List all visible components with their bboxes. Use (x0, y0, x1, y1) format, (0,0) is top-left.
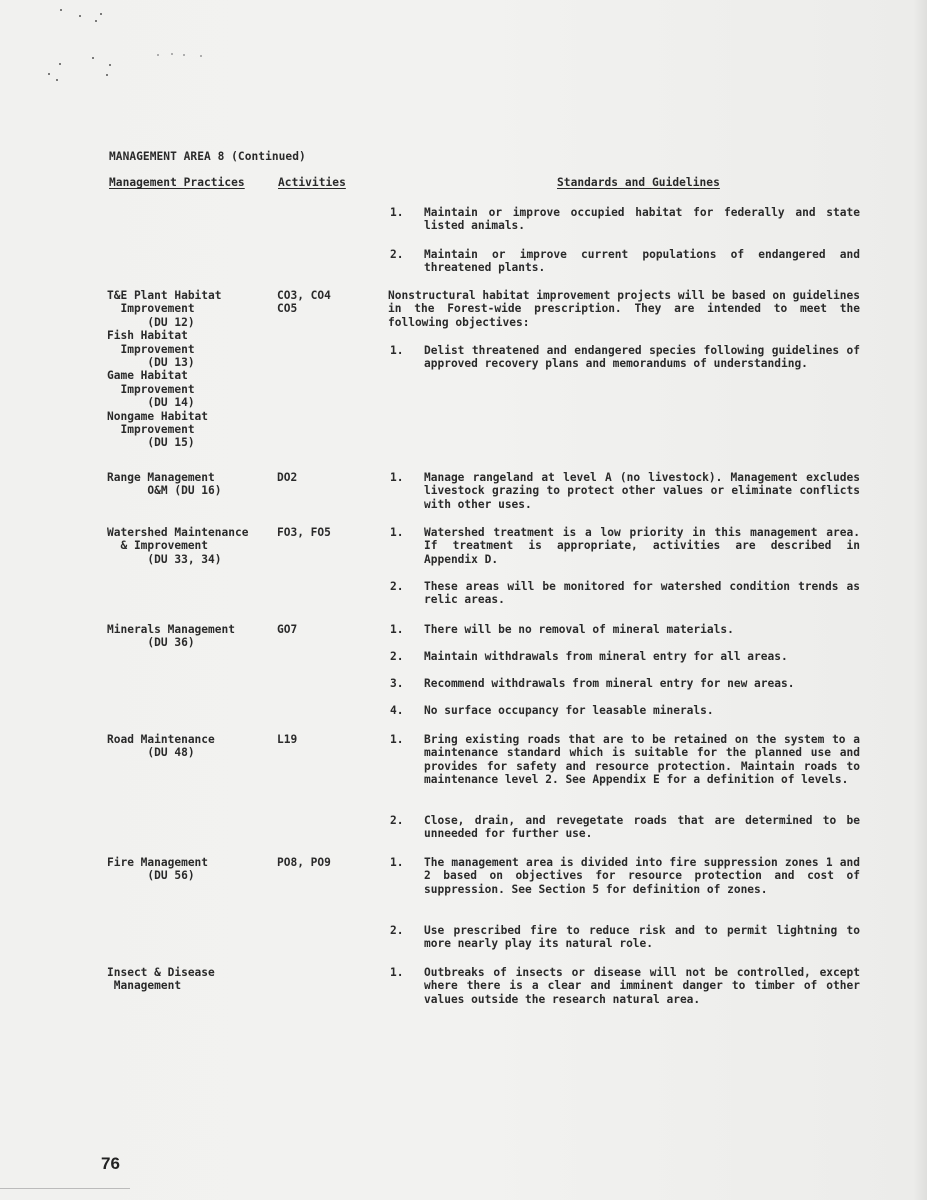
practice-line: Range Management (107, 471, 215, 484)
column-header-standards: Standards and Guidelines (557, 176, 720, 189)
section-title: MANAGEMENT AREA 8 (Continued) (109, 150, 306, 163)
standard-item: Maintain or improve current populations … (424, 248, 860, 275)
activities-habitat: CO3, CO4 CO5 (277, 289, 331, 316)
item-number: 1. (390, 966, 403, 979)
practice-minerals: Minerals Management (DU 36) (107, 623, 235, 650)
standard-item: Close, drain, and revegetate roads that … (424, 814, 860, 841)
practice-fire-management: Fire Management (DU 56) (107, 856, 208, 883)
practice-line: Fish Habitat (107, 329, 188, 342)
practice-line: & Improvement (107, 539, 208, 552)
item-number: 4. (390, 704, 403, 717)
practice-line: O&M (DU 16) (107, 484, 222, 497)
activities-range: DO2 (277, 471, 297, 484)
scan-speck (157, 54, 159, 56)
column-header-activities: Activities (278, 176, 346, 189)
standard-item: Manage rangeland at level A (no livestoc… (424, 471, 860, 511)
scan-speck (171, 53, 173, 55)
activity-code: CO5 (277, 302, 297, 315)
practice-line: (DU 33, 34) (107, 553, 222, 566)
activities-watershed: FO3, FO5 (277, 526, 331, 539)
item-number: 1. (390, 623, 403, 636)
item-number: 1. (390, 344, 403, 357)
practice-line: (DU 48) (107, 746, 195, 759)
scan-speck (95, 20, 97, 22)
standard-item: No surface occupancy for leasable minera… (424, 704, 860, 717)
activity-code: CO3, CO4 (277, 289, 331, 302)
practice-line: Minerals Management (107, 623, 235, 636)
practice-line: (DU 56) (107, 869, 195, 882)
standard-item: The management area is divided into fire… (424, 856, 860, 896)
scan-speck (200, 55, 202, 57)
scan-speck (60, 9, 62, 11)
scan-speck (183, 54, 185, 56)
scanned-page: MANAGEMENT AREA 8 (Continued) Management… (0, 0, 927, 1200)
practice-line: (DU 36) (107, 636, 195, 649)
item-number: 2. (390, 814, 403, 827)
practice-line: Improvement (107, 423, 195, 436)
standard-item: Bring existing roads that are to be reta… (424, 733, 860, 787)
item-number: 2. (390, 248, 403, 261)
practice-line: (DU 14) (107, 396, 195, 409)
item-number: 2. (390, 580, 403, 593)
column-header-practices: Management Practices (109, 176, 245, 189)
scan-speck (109, 64, 111, 66)
standard-item: There will be no removal of mineral mate… (424, 623, 860, 636)
activities-minerals: GO7 (277, 623, 297, 636)
standard-item: Maintain withdrawals from mineral entry … (424, 650, 860, 663)
scan-speck (106, 74, 108, 76)
activities-road: L19 (277, 733, 297, 746)
scan-speck (100, 13, 102, 15)
practice-line: Watershed Maintenance (107, 526, 248, 539)
practice-line: Improvement (107, 343, 195, 356)
item-number: 3. (390, 677, 403, 690)
practice-insect-disease: Insect & Disease Management (107, 966, 215, 993)
standard-item: Maintain or improve occupied habitat for… (424, 206, 860, 233)
practice-line: Nongame Habitat (107, 410, 208, 423)
practice-line: Game Habitat (107, 369, 188, 382)
practice-line: T&E Plant Habitat (107, 289, 222, 302)
item-number: 2. (390, 924, 403, 937)
practice-line: (DU 15) (107, 436, 195, 449)
standard-item: Outbreaks of insects or disease will not… (424, 966, 860, 1006)
intro-paragraph: Nonstructural habitat improvement projec… (388, 289, 860, 329)
practice-line: Road Maintenance (107, 733, 215, 746)
standard-item: Use prescribed fire to reduce risk and t… (424, 924, 860, 951)
scan-speck (92, 57, 94, 59)
activities-fire: PO8, PO9 (277, 856, 331, 869)
practice-line: Improvement (107, 302, 195, 315)
scan-speck (56, 79, 58, 81)
page-edge-shadow (913, 0, 927, 1200)
practice-line: Fire Management (107, 856, 208, 869)
item-number: 2. (390, 650, 403, 663)
practice-line: Management (107, 979, 181, 992)
standard-item: Delist threatened and endangered species… (424, 344, 860, 371)
practice-line: Improvement (107, 383, 195, 396)
scan-speck (48, 73, 50, 75)
practice-watershed: Watershed Maintenance & Improvement (DU … (107, 526, 248, 566)
practice-road-maintenance: Road Maintenance (DU 48) (107, 733, 215, 760)
standard-item: These areas will be monitored for waters… (424, 580, 860, 607)
page-number: 76 (101, 1154, 120, 1174)
practice-range-management: Range Management O&M (DU 16) (107, 471, 222, 498)
item-number: 1. (390, 526, 403, 539)
practice-line: Insect & Disease (107, 966, 215, 979)
item-number: 1. (390, 733, 403, 746)
scan-speck (79, 15, 81, 17)
item-number: 1. (390, 206, 403, 219)
practice-line: (DU 13) (107, 356, 195, 369)
scan-edge-line (0, 1188, 130, 1189)
item-number: 1. (390, 471, 403, 484)
standard-item: Recommend withdrawals from mineral entry… (424, 677, 860, 690)
practice-line: (DU 12) (107, 316, 195, 329)
practice-habitat-improvement: T&E Plant Habitat Improvement (DU 12) Fi… (107, 289, 222, 450)
item-number: 1. (390, 856, 403, 869)
standard-item: Watershed treatment is a low priority in… (424, 526, 860, 566)
scan-speck (59, 63, 61, 65)
